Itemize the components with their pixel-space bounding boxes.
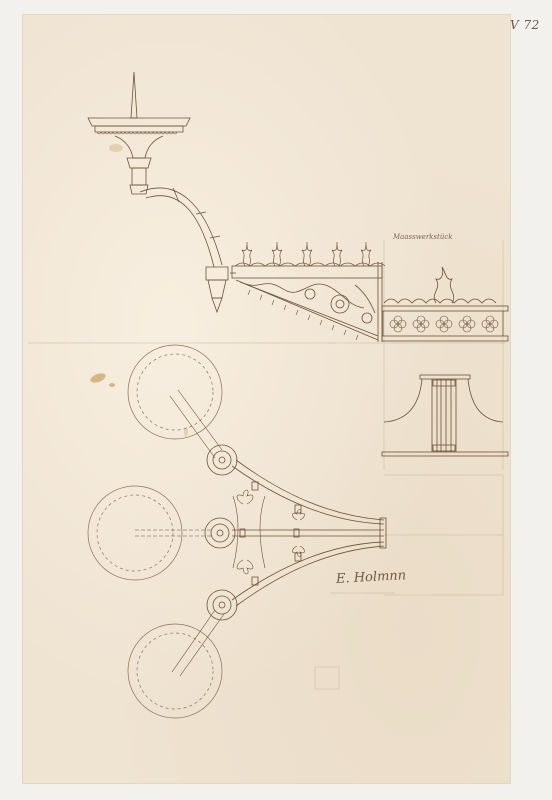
ornament-label: Maasswerkstück — [393, 233, 453, 241]
construction-lines — [28, 240, 505, 689]
side-profile-detail — [382, 375, 508, 456]
curved-arm — [140, 188, 222, 267]
catalog-number: V 72 — [510, 18, 540, 32]
candle-pricket-elevation — [88, 72, 190, 194]
architectural-drawing — [0, 0, 552, 800]
quatrefoil-band-detail — [382, 267, 508, 341]
hanging-finial — [206, 267, 236, 312]
bracket-cresting — [232, 242, 385, 278]
scroll-bracket — [236, 262, 382, 342]
plan-view — [88, 345, 395, 718]
